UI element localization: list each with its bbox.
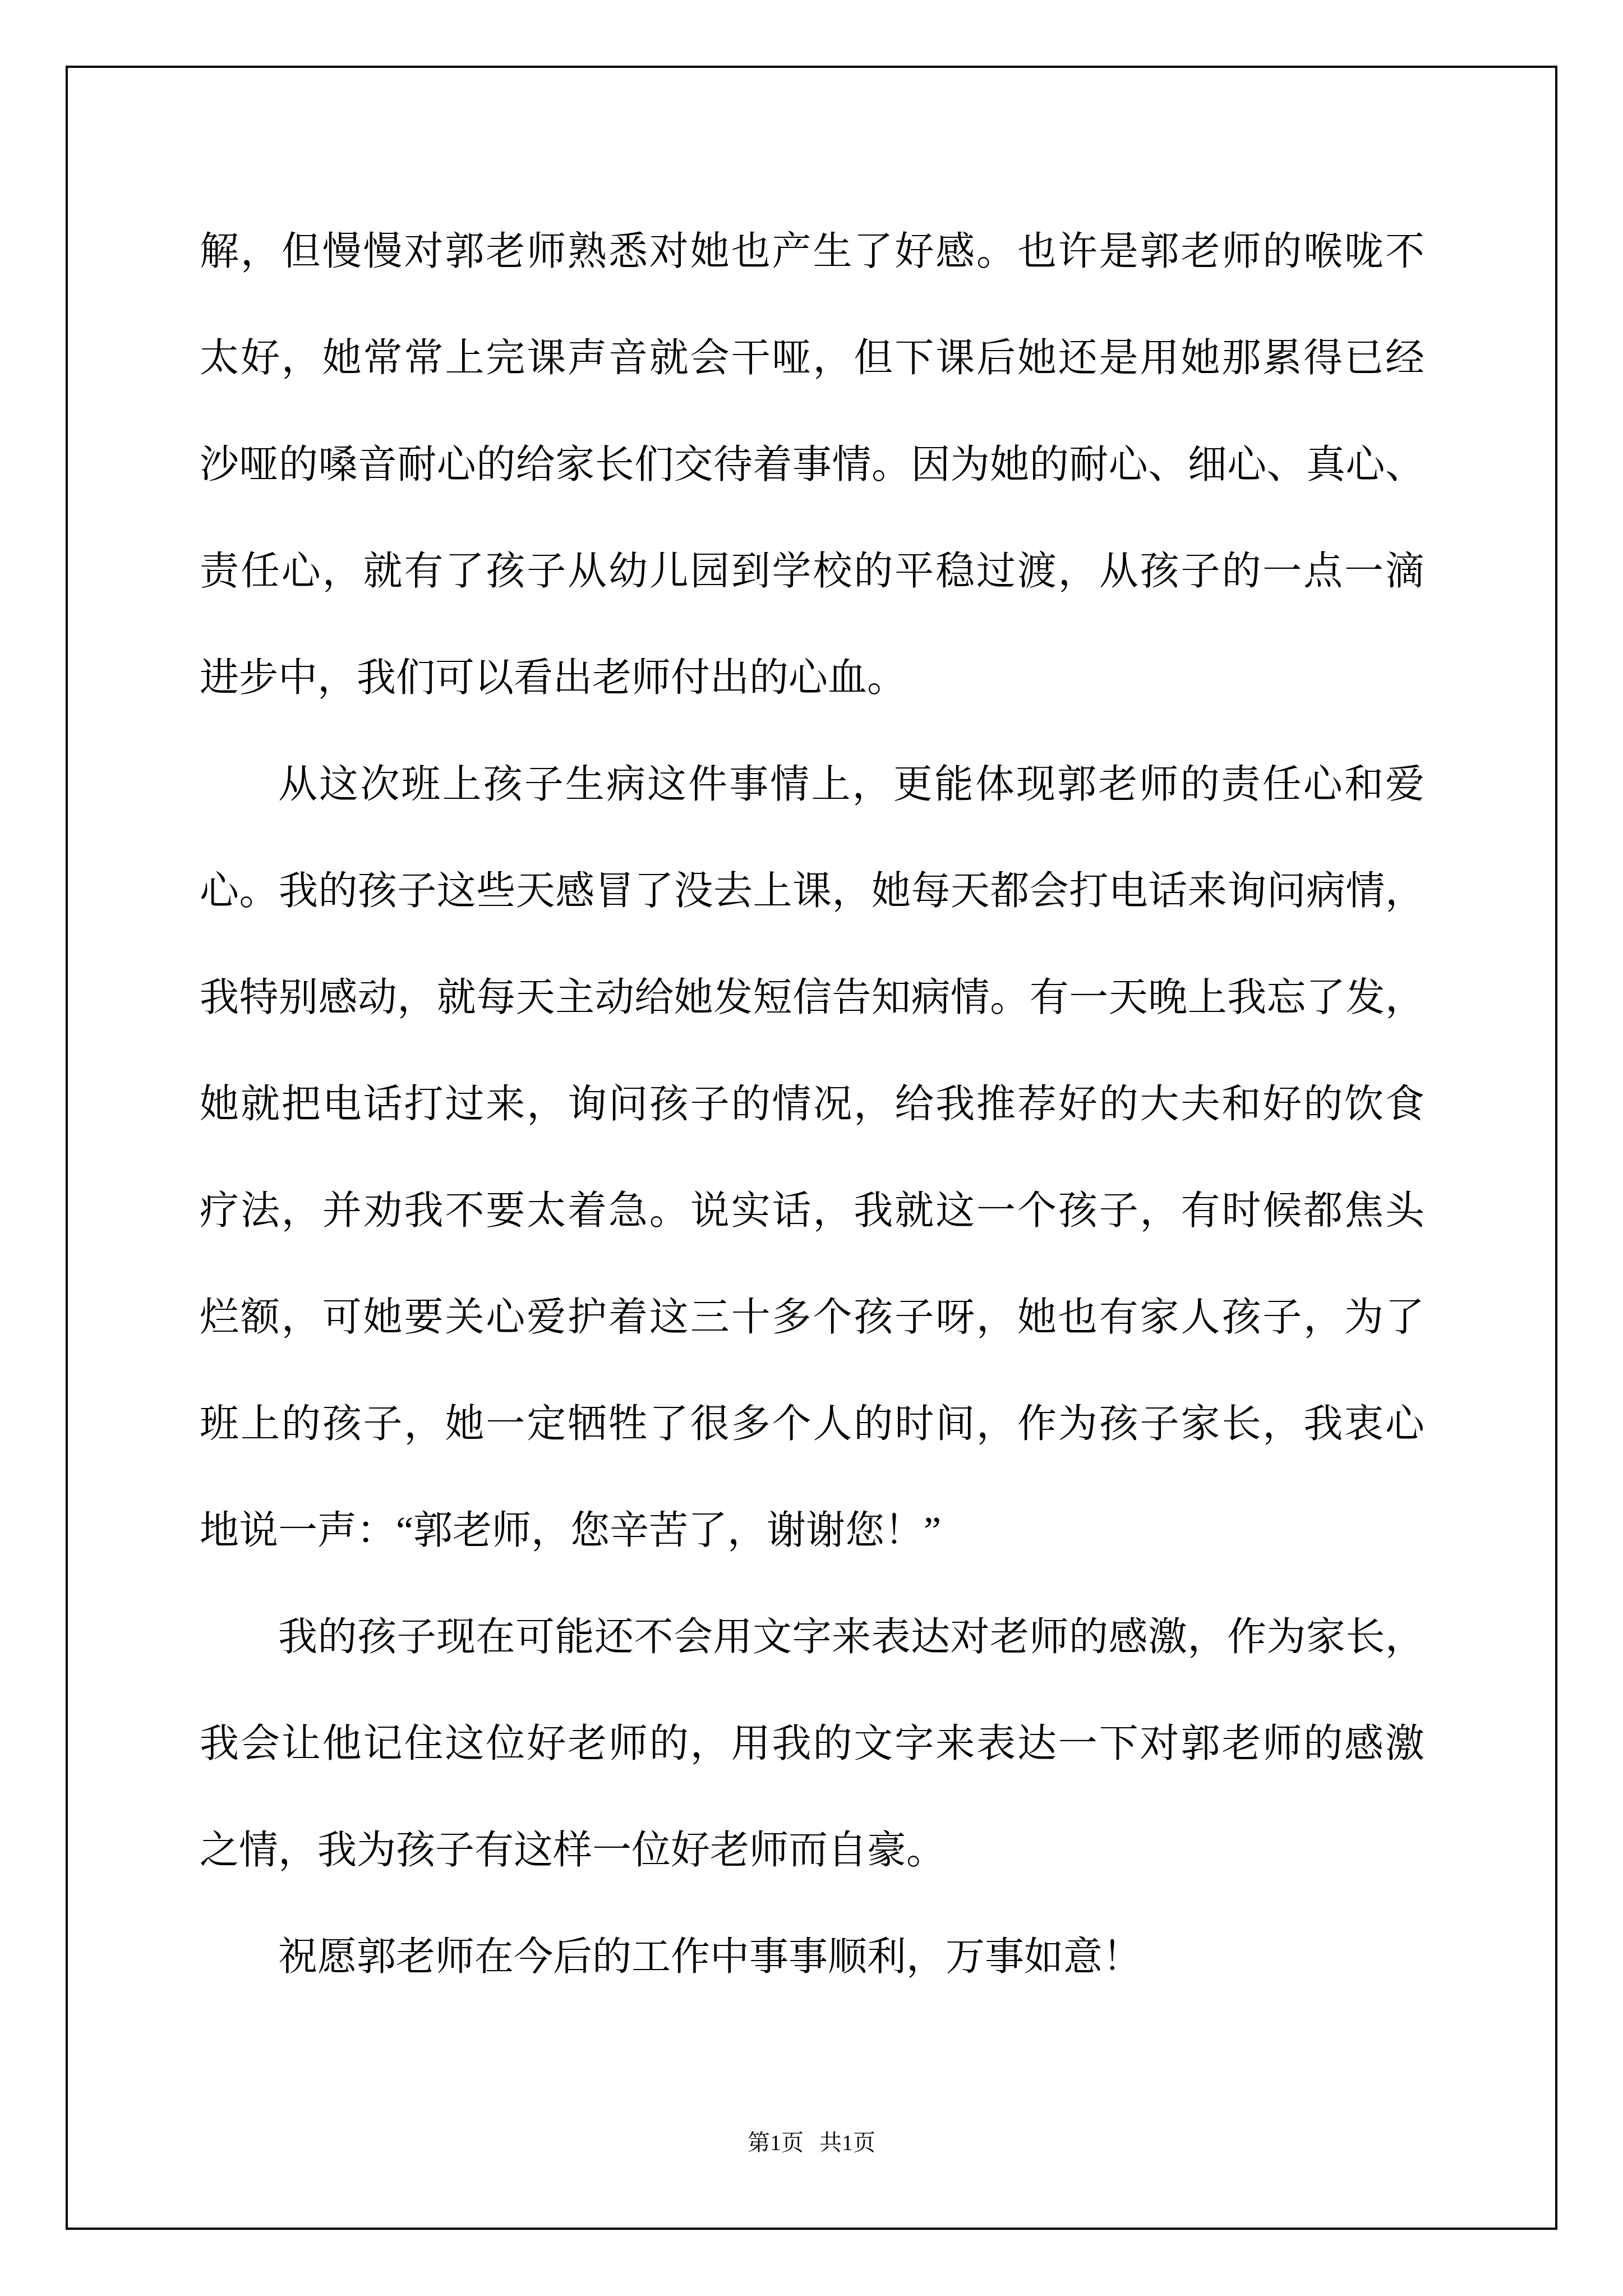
text-line: 疗法，并劝我不要太着急。说实话，我就这一个孩子，有时候都焦头 xyxy=(200,1158,1424,1265)
document-body: 解，但慢慢对郭老师熟悉对她也产生了好感。也许是郭老师的喉咙不 太好，她常常上完课… xyxy=(200,199,1424,2011)
text-line: 她就把电话打过来，询问孩子的情况，给我推荐好的大夫和好的饮食 xyxy=(200,1052,1424,1158)
text-line: 解，但慢慢对郭老师熟悉对她也产生了好感。也许是郭老师的喉咙不 xyxy=(200,199,1424,306)
text-line: 我会让他记住这位好老师的，用我的文字来表达一下对郭老师的感激 xyxy=(200,1691,1424,1798)
text-line: 之情，我为孩子有这样一位好老师而自豪。 xyxy=(200,1798,1424,1904)
text-line: 进步中，我们可以看出老师付出的心血。 xyxy=(200,625,1424,732)
text-line: 祝愿郭老师在今后的工作中事事顺利，万事如意！ xyxy=(200,1904,1424,2011)
page-total-label: 共1页 xyxy=(819,2130,875,2155)
text-line: 沙哑的嗓音耐心的给家长们交待着事情。因为她的耐心、细心、真心、 xyxy=(200,412,1424,519)
text-line: 班上的孩子，她一定牺牲了很多个人的时间，作为孩子家长，我衷心 xyxy=(200,1372,1424,1478)
document-page: 解，但慢慢对郭老师熟悉对她也产生了好感。也许是郭老师的喉咙不 太好，她常常上完课… xyxy=(0,0,1623,2296)
text-line: 我特别感动，就每天主动给她发短信告知病情。有一天晚上我忘了发， xyxy=(200,945,1424,1052)
text-line: 从这次班上孩子生病这件事情上，更能体现郭老师的责任心和爱 xyxy=(200,732,1424,839)
text-line: 烂额，可她要关心爱护着这三十多个孩子呀，她也有家人孩子，为了 xyxy=(200,1265,1424,1372)
page-number-label: 第1页 xyxy=(748,2130,804,2155)
text-line: 我的孩子现在可能还不会用文字来表达对老师的感激，作为家长， xyxy=(200,1585,1424,1691)
text-line: 太好，她常常上完课声音就会干哑，但下课后她还是用她那累得已经 xyxy=(200,306,1424,412)
text-line: 心。我的孩子这些天感冒了没去上课，她每天都会打电话来询问病情， xyxy=(200,839,1424,945)
text-line: 地说一声：“郭老师，您辛苦了，谢谢您！” xyxy=(200,1478,1424,1585)
page-footer: 第1页共1页 xyxy=(0,2126,1623,2160)
text-line: 责任心，就有了孩子从幼儿园到学校的平稳过渡，从孩子的一点一滴 xyxy=(200,519,1424,625)
